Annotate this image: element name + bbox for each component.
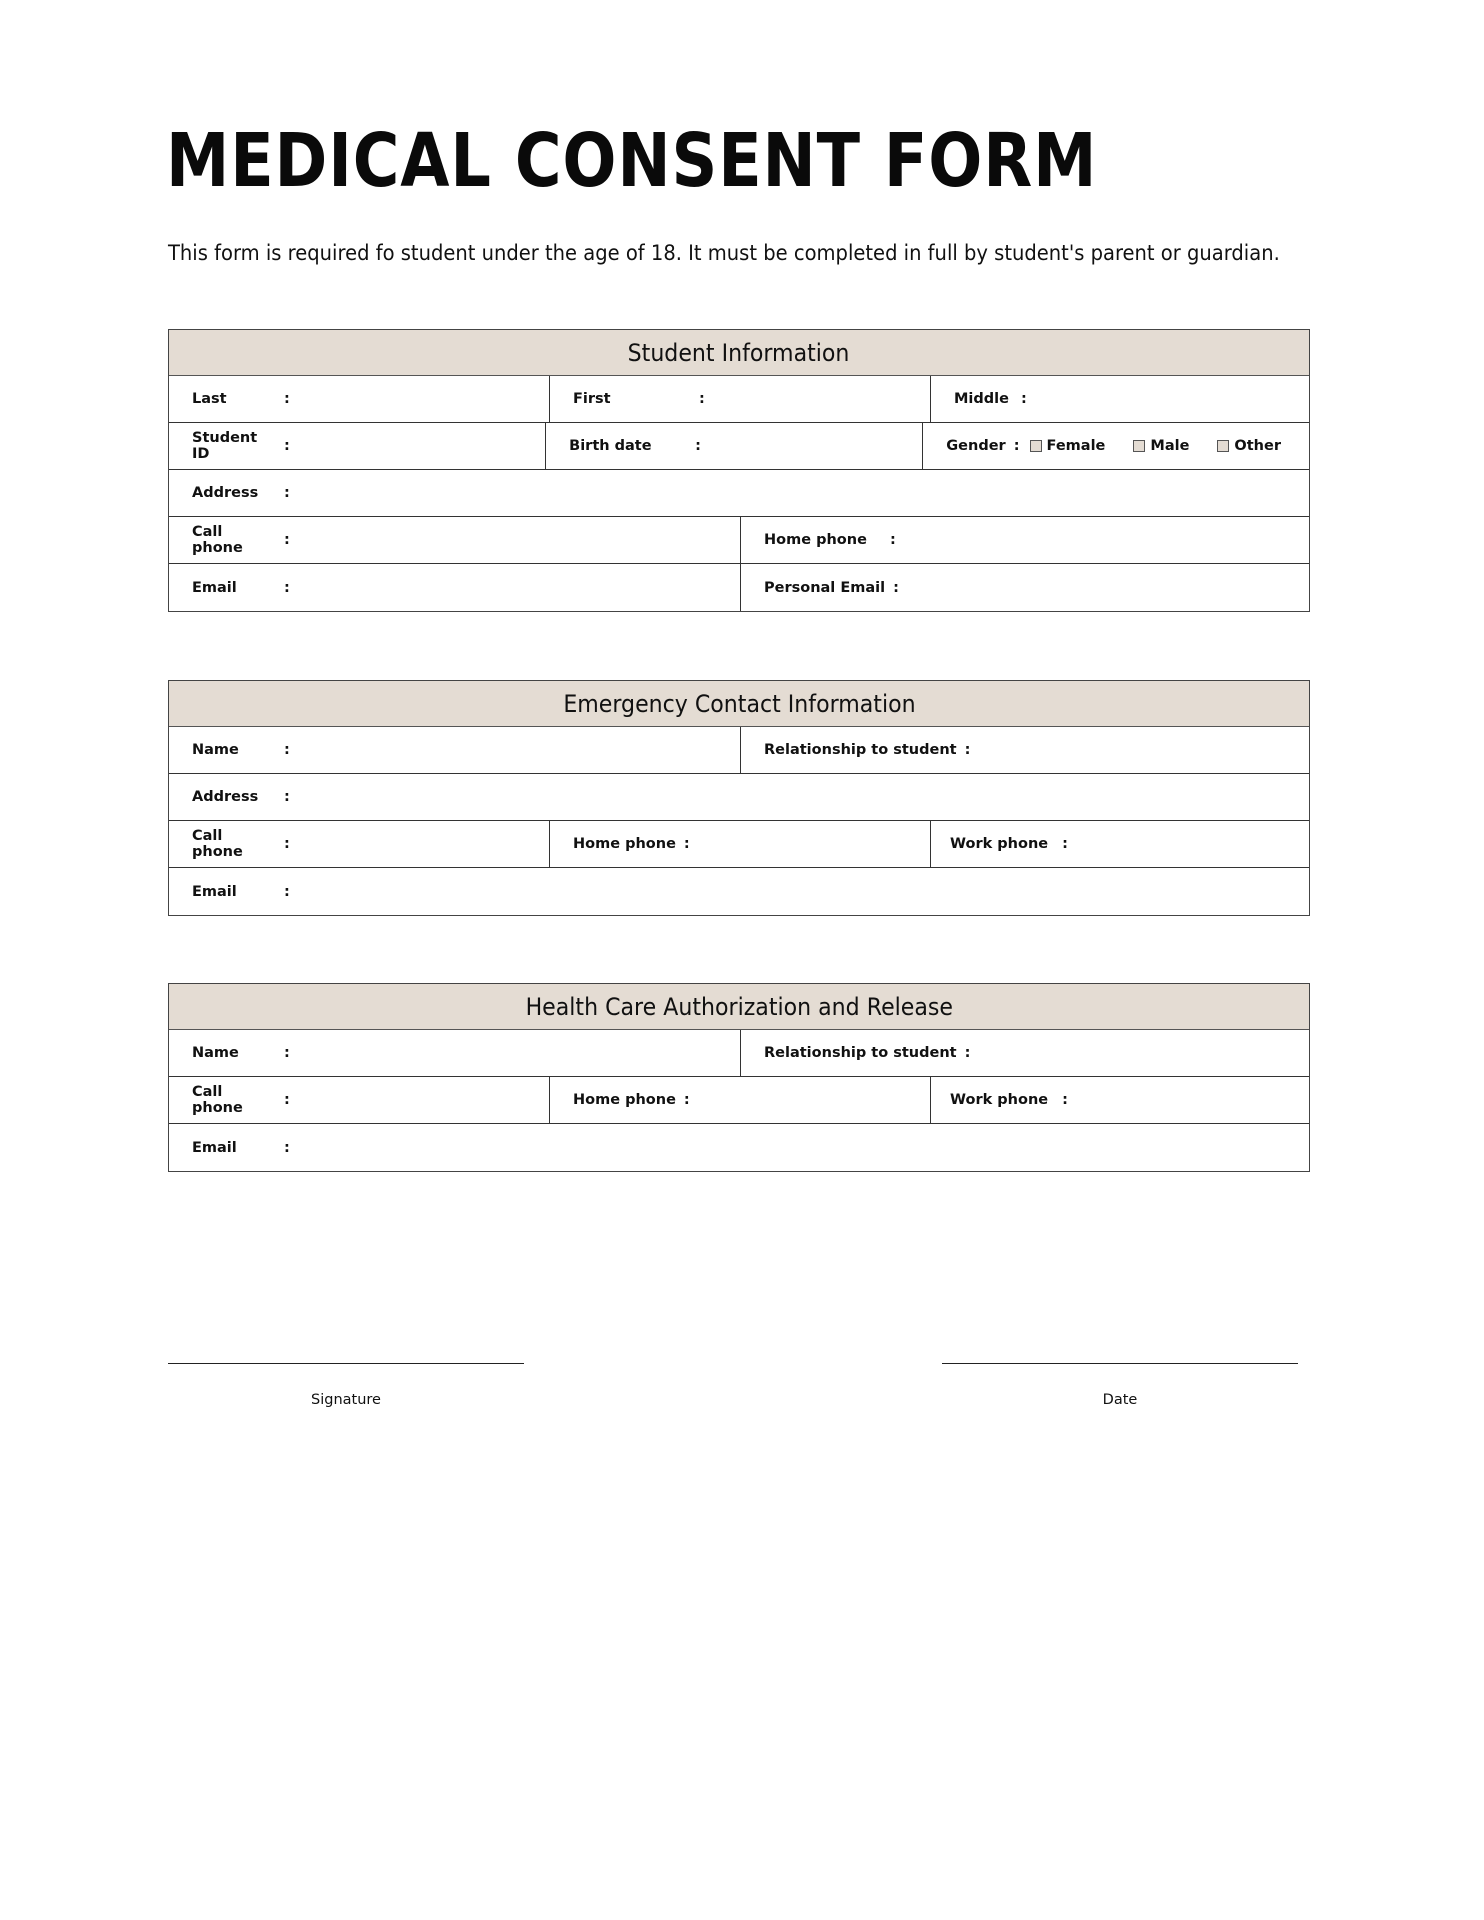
emergency-address-field[interactable]: Address:: [169, 774, 1309, 820]
section-title: Emergency Contact Information: [563, 690, 915, 718]
authorized-name-field[interactable]: Name:: [169, 1030, 740, 1076]
option-label: Male: [1150, 438, 1189, 454]
colon: :: [284, 789, 290, 805]
personal-email-field[interactable]: Personal Email:: [740, 564, 1309, 611]
emergency-name-field[interactable]: Name:: [169, 727, 740, 773]
field-label: Name: [192, 1045, 276, 1061]
table-row: Email: Personal Email:: [169, 564, 1309, 611]
section-title: Student Information: [628, 339, 850, 367]
section-title: Health Care Authorization and Release: [525, 993, 952, 1021]
birth-date-field[interactable]: Birth date:: [545, 423, 922, 469]
middle-name-field[interactable]: Middle:: [930, 376, 1309, 422]
colon: :: [284, 485, 290, 501]
emergency-email-field[interactable]: Email:: [169, 868, 1309, 915]
colon: :: [893, 580, 899, 596]
field-label: Call phone: [192, 1084, 276, 1116]
form-instructions: This form is required fo student under t…: [168, 241, 1280, 265]
field-label: Call phone: [192, 828, 276, 860]
checkbox-icon[interactable]: [1133, 440, 1145, 452]
emergency-call-phone-field[interactable]: Call phone:: [169, 821, 549, 867]
field-label: Email: [192, 1140, 276, 1156]
field-label: Address: [192, 789, 276, 805]
student-id-field[interactable]: Student ID:: [169, 423, 545, 469]
last-name-field[interactable]: Last:: [169, 376, 549, 422]
field-label: Relationship to student: [764, 742, 957, 758]
section-header: Emergency Contact Information: [169, 681, 1309, 727]
colon: :: [684, 1092, 690, 1108]
colon: :: [1014, 438, 1020, 454]
gender-option-other[interactable]: Other: [1217, 438, 1281, 454]
authorized-call-phone-field[interactable]: Call phone:: [169, 1077, 549, 1123]
field-label: Gender: [946, 438, 1005, 454]
colon: :: [284, 742, 290, 758]
student-information-section: Student Information Last: First: Middle:…: [168, 329, 1310, 612]
colon: :: [965, 1045, 971, 1061]
gender-field: Gender: Female Male Other: [922, 423, 1309, 469]
colon: :: [284, 391, 290, 407]
call-phone-field[interactable]: Call phone:: [169, 517, 740, 563]
checkbox-icon[interactable]: [1217, 440, 1229, 452]
table-row: Name: Relationship to student:: [169, 1030, 1309, 1077]
field-label: Student ID: [192, 430, 276, 462]
field-label: Home phone: [764, 532, 882, 548]
address-field[interactable]: Address:: [169, 470, 1309, 516]
field-label: Address: [192, 485, 276, 501]
table-row: Last: First: Middle:: [169, 376, 1309, 423]
table-row: Name: Relationship to student:: [169, 727, 1309, 774]
table-row: Call phone: Home phone: Work phone:: [169, 1077, 1309, 1124]
field-label: Middle: [954, 391, 1009, 407]
signature-label: Signature: [168, 1392, 524, 1408]
date-label: Date: [942, 1392, 1298, 1408]
colon: :: [284, 836, 290, 852]
colon: :: [284, 1092, 290, 1108]
table-row: Address:: [169, 470, 1309, 517]
field-label: First: [573, 391, 691, 407]
field-label: Email: [192, 884, 276, 900]
colon: :: [684, 836, 690, 852]
emergency-home-phone-field[interactable]: Home phone:: [549, 821, 930, 867]
home-phone-field[interactable]: Home phone:: [740, 517, 1309, 563]
field-label: Personal Email: [764, 580, 885, 596]
field-label: Home phone: [573, 836, 676, 852]
option-label: Other: [1234, 438, 1281, 454]
first-name-field[interactable]: First:: [549, 376, 930, 422]
emergency-relationship-field[interactable]: Relationship to student:: [740, 727, 1309, 773]
field-label: Work phone: [950, 1092, 1048, 1108]
colon: :: [890, 532, 896, 548]
table-row: Email:: [169, 1124, 1309, 1171]
colon: :: [695, 438, 701, 454]
field-label: Work phone: [950, 836, 1048, 852]
section-header: Health Care Authorization and Release: [169, 984, 1309, 1030]
field-label: Last: [192, 391, 276, 407]
section-header: Student Information: [169, 330, 1309, 376]
table-row: Student ID: Birth date: Gender: Female M…: [169, 423, 1309, 470]
table-row: Call phone: Home phone: Work phone:: [169, 821, 1309, 868]
emergency-contact-section: Emergency Contact Information Name: Rela…: [168, 680, 1310, 916]
colon: :: [284, 580, 290, 596]
checkbox-icon[interactable]: [1030, 440, 1042, 452]
authorized-relationship-field[interactable]: Relationship to student:: [740, 1030, 1309, 1076]
table-row: Call phone: Home phone:: [169, 517, 1309, 564]
field-label: Email: [192, 580, 276, 596]
colon: :: [284, 532, 290, 548]
colon: :: [284, 884, 290, 900]
field-label: Home phone: [573, 1092, 676, 1108]
table-row: Address:: [169, 774, 1309, 821]
field-label: Relationship to student: [764, 1045, 957, 1061]
field-label: Birth date: [569, 438, 687, 454]
colon: :: [284, 1045, 290, 1061]
authorized-home-phone-field[interactable]: Home phone:: [549, 1077, 930, 1123]
colon: :: [699, 391, 705, 407]
colon: :: [1062, 1092, 1068, 1108]
signature-line[interactable]: [168, 1363, 524, 1364]
colon: :: [965, 742, 971, 758]
emergency-work-phone-field[interactable]: Work phone:: [930, 821, 1309, 867]
gender-option-male[interactable]: Male: [1133, 438, 1189, 454]
page-title: MEDICAL CONSENT FORM: [166, 118, 1097, 204]
gender-option-female[interactable]: Female: [1030, 438, 1106, 454]
field-label: Call phone: [192, 524, 276, 556]
field-label: Name: [192, 742, 276, 758]
colon: :: [1021, 391, 1027, 407]
authorized-work-phone-field[interactable]: Work phone:: [930, 1077, 1309, 1123]
health-care-authorization-section: Health Care Authorization and Release Na…: [168, 983, 1310, 1172]
colon: :: [1062, 836, 1068, 852]
table-row: Email:: [169, 868, 1309, 915]
option-label: Female: [1047, 438, 1106, 454]
gender-options: Female Male Other: [1030, 438, 1309, 454]
colon: :: [284, 438, 290, 454]
colon: :: [284, 1140, 290, 1156]
date-line[interactable]: [942, 1363, 1298, 1364]
authorized-email-field[interactable]: Email:: [169, 1124, 1309, 1171]
email-field[interactable]: Email:: [169, 564, 740, 611]
